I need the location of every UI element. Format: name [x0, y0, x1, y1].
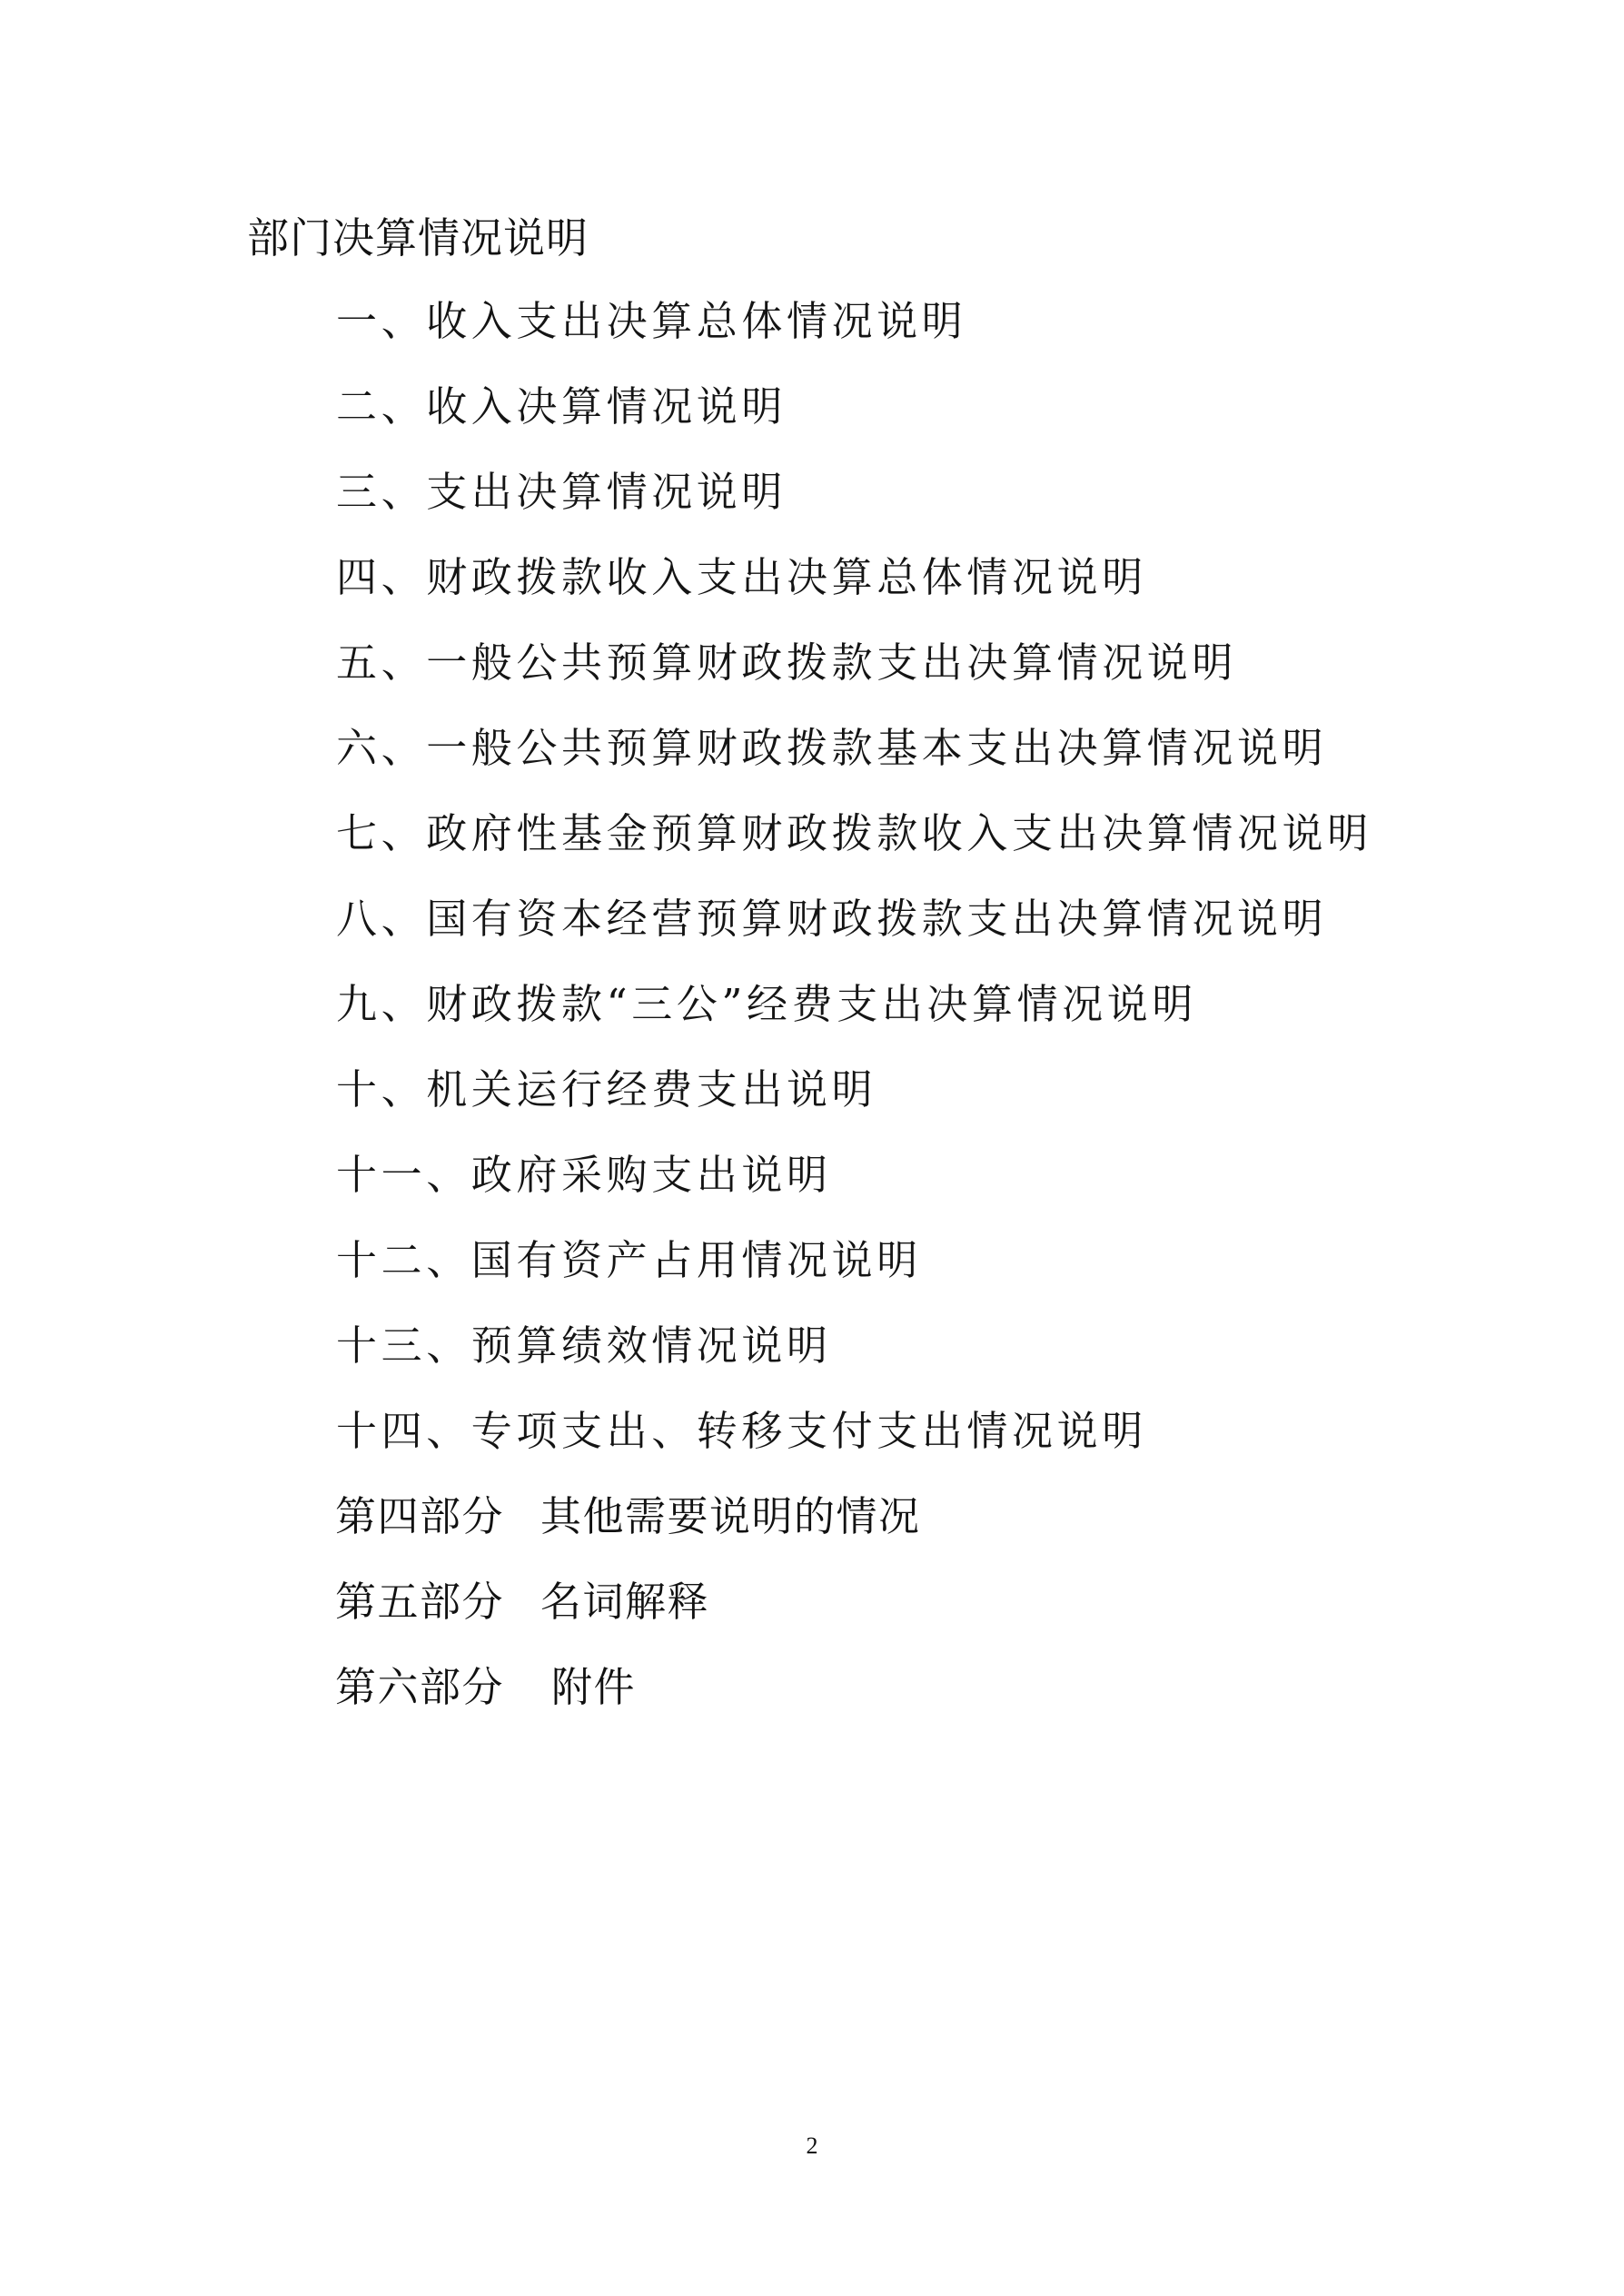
toc-item-5: 五、一般公共预算财政拨款支出决算情况说明	[336, 638, 1372, 723]
toc-item-7: 七、政府性基金预算财政拨款收入支出决算情况说明	[336, 808, 1372, 894]
page-number: 2	[801, 2133, 823, 2160]
toc-item-8: 八、国有资本经营预算财政拨款支出决算情况说明	[336, 894, 1372, 979]
document-page: 部门决算情况说明 一、收入支出决算总体情况说明 二、收入决算情况说明 三、支出决…	[0, 0, 1624, 2296]
toc-item-6: 六、一般公共预算财政拨款基本支出决算情况说明	[336, 723, 1372, 808]
section-title: 部门决算情况说明	[247, 213, 589, 263]
part-title: 附件	[551, 1662, 636, 1713]
toc-item-4: 四、财政拨款收入支出决算总体情况说明	[336, 552, 1372, 638]
toc-item-3: 三、支出决算情况说明	[336, 467, 1372, 552]
toc-list: 一、收入支出决算总体情况说明 二、收入决算情况说明 三、支出决算情况说明 四、财…	[336, 296, 1372, 1491]
part-title: 其他需要说明的情况	[540, 1491, 921, 1542]
toc-item-12: 十二、国有资产占用情况说明	[336, 1235, 1372, 1321]
toc-item-1: 一、收入支出决算总体情况说明	[336, 296, 1372, 381]
part-label: 第六部分	[335, 1662, 504, 1713]
toc-item-13: 十三、预算绩效情况说明	[336, 1321, 1372, 1406]
toc-item-10: 十、机关运行经费支出说明	[336, 1064, 1372, 1150]
part-item-4: 第四部分其他需要说明的情况	[335, 1491, 921, 1577]
part-title: 名词解释	[540, 1577, 709, 1628]
part-item-6: 第六部分附件	[335, 1662, 921, 1747]
toc-item-9: 九、财政拨款“三公”经费支出决算情况说明	[336, 979, 1372, 1064]
toc-item-11: 十一、政府采购支出说明	[336, 1150, 1372, 1235]
toc-item-14: 十四、专项支出、转移支付支出情况说明	[336, 1406, 1372, 1491]
part-label: 第四部分	[335, 1491, 504, 1542]
part-label: 第五部分	[335, 1577, 504, 1628]
part-list: 第四部分其他需要说明的情况 第五部分名词解释 第六部分附件	[335, 1491, 921, 1747]
toc-item-2: 二、收入决算情况说明	[336, 381, 1372, 467]
part-item-5: 第五部分名词解释	[335, 1577, 921, 1662]
